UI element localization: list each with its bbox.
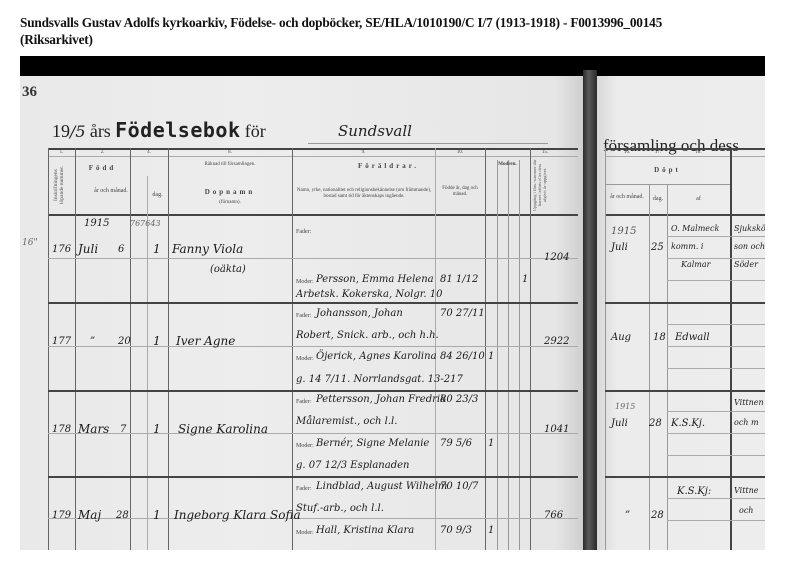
tally-hand: 767643 — [130, 219, 161, 228]
row-separator — [605, 390, 765, 392]
col-header-ar-manad: år och månad. — [75, 188, 147, 195]
moder-birth: 79 5/6 — [440, 438, 472, 449]
row-separator — [48, 476, 578, 478]
moder-label: Moder: — [296, 356, 314, 362]
dopt-month: ” — [625, 510, 630, 521]
title-ars: års — [90, 121, 111, 141]
dopt-officiant: O. Malmeck — [671, 224, 719, 233]
col-line — [497, 160, 498, 550]
fader-label: Fader: — [296, 313, 311, 319]
row-mid — [667, 498, 765, 499]
margin-note: 16" — [22, 238, 38, 248]
dopt-day: 25 — [651, 242, 664, 253]
right-note: son och — [734, 242, 765, 251]
col-num: 2. — [75, 150, 130, 156]
right-note: Vittne — [734, 486, 759, 495]
gift-mark: 1 — [488, 525, 494, 536]
dopt-officiant: komm. i — [671, 242, 703, 251]
dopt-officiant: K.S.Kj. — [671, 418, 705, 429]
dopt-month: Juli — [611, 418, 628, 429]
lefv-count: 1 — [153, 422, 161, 436]
dopt-officiant: K.S.Kj: — [677, 486, 711, 497]
birth-month: Juli — [78, 242, 98, 256]
row-mid — [667, 368, 765, 369]
fader-birth: 80 23/3 — [440, 394, 478, 405]
fader-label: Fader: — [296, 229, 311, 235]
year-hand: 1915 — [84, 218, 109, 229]
birth-day: 6 — [118, 244, 124, 255]
dopt-year: 1915 — [615, 402, 635, 411]
caption-line-2: (Riksarkivet) — [20, 31, 780, 48]
col15-value: 1204 — [544, 252, 569, 263]
parish-name-hand: Sundsvall — [308, 122, 548, 144]
marriage-note: g. 14 7/11. Norrlandsgat. 13-217 — [296, 374, 463, 385]
col-num: 16. — [605, 150, 649, 156]
row-mid — [667, 236, 765, 237]
scanned-register-image: 36 19/5 års Födelsebok för Sundsvall 16"… — [20, 56, 765, 550]
page-title: 19/5 års Födelsebok för — [52, 118, 266, 142]
col-num: 1. — [48, 150, 75, 156]
title-year: 19 — [52, 121, 70, 141]
birth-month: Maj — [78, 508, 101, 522]
row-mid — [667, 411, 765, 412]
birth-month: ” — [90, 336, 95, 347]
col-line — [667, 184, 668, 550]
right-note: Söder — [734, 260, 758, 269]
col15-value: 2922 — [544, 336, 569, 347]
fader-name: Lindblad, August Wilhelm — [316, 481, 447, 492]
birth-month: Mars — [78, 422, 109, 436]
col-header-fodd: Född — [75, 164, 130, 172]
col15-value: 766 — [544, 510, 563, 521]
right-note: och — [739, 506, 753, 515]
moder-birth: 84 26/10 — [440, 351, 485, 362]
col-num: 10. — [435, 150, 485, 156]
document-caption: Sundsvalls Gustav Adolfs kyrkoarkiv, Föd… — [20, 14, 780, 48]
moder-name: Bernér, Signe Melanie — [316, 438, 429, 449]
right-note: och m — [734, 418, 759, 427]
col-num: 8. — [168, 150, 292, 156]
row-mid — [48, 258, 578, 259]
col-line — [292, 148, 293, 550]
col-line — [485, 148, 486, 550]
col-num: 4. — [130, 150, 168, 156]
col-header-dopt: Döpt — [605, 166, 730, 174]
fader-birth: 70 10/7 — [440, 481, 478, 492]
col-header-dopt-dag: dag. — [649, 196, 667, 203]
row-mid — [667, 346, 765, 347]
row-mid — [667, 455, 765, 456]
col-line — [508, 160, 509, 550]
child-name: Ingeborg Klara Sofia — [174, 508, 301, 522]
record-nr: 177 — [52, 336, 71, 347]
col-header-foraldrar-desc: Namn, yrke, nationalitet och religionsbe… — [296, 188, 432, 200]
fader-occupation: Robert, Snick. arb., och h.h. — [296, 330, 439, 341]
col-header-dopt-af: af — [667, 196, 730, 203]
left-page: 36 19/5 års Födelsebok för Sundsvall 16"… — [20, 76, 583, 550]
lefv-count: 1 — [153, 334, 161, 348]
fader-occupation: Stuf.-arb., och l.l. — [296, 503, 384, 514]
col-num: 9. — [292, 150, 435, 156]
dopt-officiant: Kalmar — [681, 260, 710, 269]
ogift-mark: 1 — [522, 274, 528, 285]
caption-line-1: Sundsvalls Gustav Adolfs kyrkoarkiv, Föd… — [20, 14, 780, 31]
row-mid — [667, 433, 765, 434]
moder-name: Persson, Emma Helena — [316, 274, 434, 285]
header-bottom-rule — [48, 214, 578, 216]
row-separator — [48, 302, 578, 304]
col-header-dopt-ar: år och månad. — [605, 194, 649, 201]
moder-occupation: Arbetsk. Kokerska, Nolgr. 10 — [296, 289, 443, 300]
col-line — [48, 148, 49, 550]
column-number-rule — [605, 156, 765, 157]
col-line — [130, 148, 131, 550]
col-line — [168, 148, 169, 550]
column-number-rule — [48, 156, 578, 157]
child-name: Fanny Viola — [172, 242, 243, 256]
row-separator — [605, 302, 765, 304]
row-separator — [48, 390, 578, 392]
col-header-nr: Inskrifningens löpande nummer. — [53, 160, 71, 210]
fader-label: Fader: — [296, 399, 311, 405]
col-line — [605, 148, 606, 550]
row-mid — [48, 433, 578, 434]
dopt-officiant: Edwall — [675, 332, 710, 343]
dopt-day: 28 — [651, 510, 664, 521]
birth-day: 28 — [116, 510, 129, 521]
right-page: församling och dess 16. 17. 18. Döpt år … — [597, 76, 765, 550]
record-nr: 176 — [52, 244, 71, 255]
col-num: 17. — [649, 150, 667, 156]
moder-birth: 70 9/3 — [440, 525, 472, 536]
book-gutter — [583, 70, 597, 550]
page-number: 36 — [22, 84, 37, 101]
col-header-foraldrar: Föräldrar. — [292, 162, 485, 170]
record-nr: 178 — [52, 424, 71, 435]
col-line — [530, 148, 531, 550]
col-num: 18. — [667, 150, 730, 156]
header-bottom-rule — [605, 214, 765, 216]
col-header-dopnamn: Dopnamn — [168, 188, 292, 196]
col-header-fodde: Födde år, dag och månad. — [437, 186, 483, 198]
col-num: 15. — [530, 150, 560, 156]
col-header-15: Uppgång i förs.-nummer där barnet infört… — [532, 158, 558, 212]
right-note: Sjukskö — [734, 224, 765, 233]
row-mid — [667, 280, 765, 281]
lefv-count: 1 — [153, 508, 161, 522]
birth-day: 7 — [120, 424, 126, 435]
fader-occupation: Målaremist., och l.l. — [296, 416, 397, 427]
row-mid — [667, 258, 765, 259]
lefv-count: 1 — [153, 242, 161, 256]
child-name: Signe Karolina — [178, 422, 268, 436]
col-line — [730, 148, 732, 550]
fader-birth: 70 27/11 — [440, 308, 485, 319]
row-separator — [605, 476, 765, 478]
title-year-hand: /5 — [70, 122, 86, 141]
marriage-note: g. 07 12/3 Esplanaden — [296, 460, 409, 471]
col-header-modren: Modren. — [485, 162, 530, 168]
dopt-month: Aug — [611, 332, 631, 343]
child-note: (oäkta) — [210, 264, 246, 275]
col15-value: 1041 — [544, 424, 569, 435]
record-nr: 179 — [52, 510, 71, 521]
moder-name: Hall, Kristina Klara — [316, 525, 414, 536]
dopt-day: 18 — [653, 332, 666, 343]
child-name: Iver Agne — [176, 334, 235, 348]
col-header-fornamn: (förnamn). — [168, 200, 292, 206]
fader-label: Fader: — [296, 486, 311, 492]
birth-day: 20 — [118, 336, 131, 347]
fader-name: Pettersson, Johan Fredrik — [316, 394, 446, 405]
moder-birth: 81 1/12 — [440, 274, 478, 285]
dopt-year: 1915 — [611, 226, 636, 237]
col-line — [519, 160, 520, 550]
col-header-raknad: Räknad till församlingen. — [168, 162, 292, 168]
moder-name: Öjerick, Agnes Karolina — [316, 351, 437, 362]
title-book: Födelsebok — [115, 118, 240, 142]
row-mid — [667, 520, 765, 521]
row-mid — [667, 324, 765, 325]
right-note: Vittnen — [734, 398, 764, 407]
col-line — [649, 184, 650, 550]
dopt-month: Juli — [611, 242, 628, 253]
gift-mark: 1 — [488, 351, 494, 362]
gift-mark: 1 — [488, 438, 494, 449]
moder-label: Moder: — [296, 530, 314, 536]
col-line — [75, 148, 76, 550]
dopt-day: 28 — [649, 418, 662, 429]
moder-label: Moder: — [296, 443, 314, 449]
col-line — [147, 176, 148, 550]
col-header-dag: dag. — [147, 192, 168, 199]
fader-name: Johansson, Johan — [316, 308, 403, 319]
title-for: för — [245, 121, 266, 141]
moder-label: Moder: — [296, 279, 314, 285]
